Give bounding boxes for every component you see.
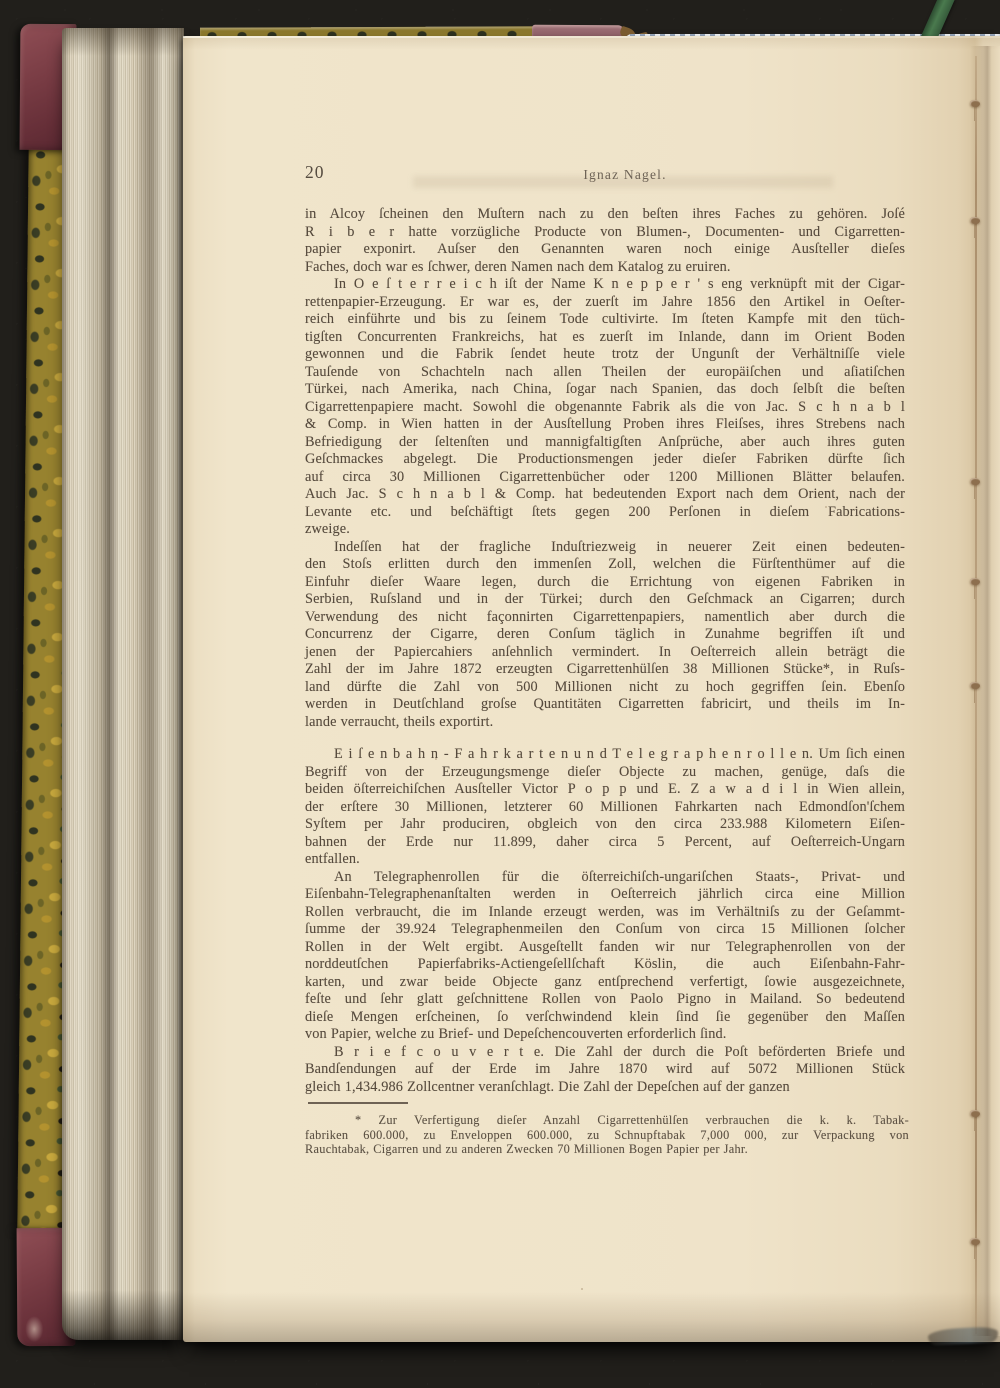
binding-stitch bbox=[970, 1238, 980, 1245]
body-text: in Alcoy ſcheinen den Muſtern nach zu de… bbox=[305, 206, 905, 1096]
text-line: Rauchtabak, Cigarren und zu anderen Zwec… bbox=[305, 1142, 909, 1157]
text-line: fabriken 600.000, zu Enveloppen 600.000,… bbox=[305, 1128, 909, 1143]
text-line: Eiſenbahn-Telegraphenanſtalten werden in… bbox=[305, 886, 905, 904]
text-line: Cigarrettenpapiere macht. Sowohl die obg… bbox=[305, 399, 905, 417]
paragraph: An Telegraphenrollen für die öſterreichi… bbox=[305, 869, 905, 1044]
text-line: & Comp. in Wien hatten in der Ausſtellun… bbox=[305, 416, 905, 434]
text-line: bahnen der Erde nur 11.899, daher circa … bbox=[305, 834, 905, 852]
paragraph: in Alcoy ſcheinen den Muſtern nach zu de… bbox=[305, 206, 905, 276]
paragraph: B r i e f c o u v e r t e. Die Zahl der … bbox=[305, 1044, 905, 1097]
text-line: Zahl der im Jahre 1872 erzeugten Cigarre… bbox=[305, 661, 905, 679]
text-line: Befriedigung der ſeltenſten und mannigfa… bbox=[305, 434, 905, 452]
binding-stitch bbox=[970, 1110, 980, 1117]
text-line: rettenpapier-Erzeugung. Er war es, der z… bbox=[305, 294, 905, 312]
text-line: gleich 1,434.986 Zollcentner veranſchlag… bbox=[305, 1079, 905, 1097]
text-line: An Telegraphenrollen für die öſterreichi… bbox=[305, 869, 905, 887]
text-line: lande verraucht, theils exportirt. bbox=[305, 714, 905, 732]
text-line: Verwendung des nicht façonnirten Cigarre… bbox=[305, 609, 905, 627]
footnote-rule bbox=[308, 1102, 408, 1104]
running-header: Ignaz Nagel. bbox=[325, 167, 925, 183]
text-line: dieſe Mengen erſcheinen, ſo verſchwinden… bbox=[305, 1009, 905, 1027]
binding-stitch bbox=[970, 217, 980, 224]
binding-stitch bbox=[970, 478, 980, 485]
page-edges-stack bbox=[62, 28, 184, 1340]
text-line: Serbien, Ruſsland und in der Türkei; dur… bbox=[305, 591, 905, 609]
text-line: den Stoſs erlitten durch den immenſen Zo… bbox=[305, 556, 905, 574]
dust-speck bbox=[581, 1288, 583, 1290]
text-line: Syſtem per Jahr produciren, obgleich von… bbox=[305, 816, 905, 834]
binding-stitch bbox=[970, 578, 980, 585]
paragraph: * Zur Verfertigung dieſer Anzahl Cigarre… bbox=[305, 1113, 909, 1157]
page-number: 20 bbox=[305, 162, 325, 183]
text-line: feſte und ſehr glatt geſchnittene Rollen… bbox=[305, 991, 905, 1009]
text-line: Rollen verbraucht, die im Inlande erzeug… bbox=[305, 904, 905, 922]
text-line: reich einführte und bis zu ſeinem Tode c… bbox=[305, 311, 905, 329]
text-line: Indeſſen hat der fragliche Induſtriezwei… bbox=[305, 539, 905, 557]
text-line: Einfuhr dieſer Waare legen, durch die Er… bbox=[305, 574, 905, 592]
paragraph: In O e ſ t e r r e i c h iſt der Name K … bbox=[305, 276, 905, 539]
text-line: Begriff von der Erzeugungsmenge dieſer O… bbox=[305, 764, 905, 782]
binding-stitch bbox=[970, 100, 980, 107]
page-curl-shadow bbox=[928, 1326, 999, 1346]
gutter-fold bbox=[975, 56, 977, 1334]
text-line: Türkei, nach Amerika, nach China, ſogar … bbox=[305, 381, 905, 399]
text-line: karten, und zwar beide Objecte ganz entſ… bbox=[305, 974, 905, 992]
text-line: beiden öſterreichiſchen Ausſteller Victo… bbox=[305, 781, 905, 799]
text-line: Concurrenz der Cigarre, deren Conſum täg… bbox=[305, 626, 905, 644]
text-line: Bandſendungen auf der Erde im Jahre 1870… bbox=[305, 1061, 905, 1079]
text-line: Geſchmackes abgelegt. Die Productionsmen… bbox=[305, 451, 905, 469]
text-line: ſumme der 39.924 Telegraphenmeilen den C… bbox=[305, 921, 905, 939]
text-line: R i b e r hatte vorzügliche Producte von… bbox=[305, 224, 905, 242]
text-line: auf circa 30 Millionen Cigarrettenbücher… bbox=[305, 469, 905, 487]
text-line: Rollen in der Welt ergibt. Ausgeſtellt f… bbox=[305, 939, 905, 957]
paragraph: E i ſ e n b a h n - F a h r k a r t e n … bbox=[305, 746, 905, 869]
book-scan: 20 Ignaz Nagel. in Alcoy ſcheinen den Mu… bbox=[0, 0, 1000, 1388]
text-line: zweige. bbox=[305, 521, 905, 539]
text-line: Tauſende von Schachteln nach allen Theil… bbox=[305, 364, 905, 382]
paragraph: Indeſſen hat der fragliche Induſtriezwei… bbox=[305, 539, 905, 732]
text-line: * Zur Verfertigung dieſer Anzahl Cigarre… bbox=[305, 1113, 909, 1128]
text-line: B r i e f c o u v e r t e. Die Zahl der … bbox=[305, 1044, 905, 1062]
text-line: Auch Jac. S c h n a b l & Comp. hat bede… bbox=[305, 486, 905, 504]
text-line: E i ſ e n b a h n - F a h r k a r t e n … bbox=[305, 746, 905, 764]
text-line: Faches, doch war es ſchwer, deren Namen … bbox=[305, 259, 905, 277]
text-line: papier exponirt. Auſser den Genannten wa… bbox=[305, 241, 905, 259]
book-page: 20 Ignaz Nagel. in Alcoy ſcheinen den Mu… bbox=[183, 36, 1000, 1342]
text-line: in Alcoy ſcheinen den Muſtern nach zu de… bbox=[305, 206, 905, 224]
text-line: gewonnen und die Fabrik ſendet heute tro… bbox=[305, 346, 905, 364]
binding-stitch bbox=[970, 682, 980, 689]
footnote: * Zur Verfertigung dieſer Anzahl Cigarre… bbox=[305, 1113, 909, 1157]
text-line: norddeutſchen Papierfabriks-Actiengeſell… bbox=[305, 956, 905, 974]
text-line: tigſten Concurrenten Frankreichs, hat es… bbox=[305, 329, 905, 347]
text-line: der erſtere 30 Millionen, letzterer 60 M… bbox=[305, 799, 905, 817]
text-line: entfallen. bbox=[305, 851, 905, 869]
text-line: jenen der Papiercahiers anſehnlich vermi… bbox=[305, 644, 905, 662]
text-line: von Papier, welche zu Brief- und Depeſch… bbox=[305, 1026, 905, 1044]
text-line: werden in Deutſchland groſse Quantitäten… bbox=[305, 696, 905, 714]
text-line: land dürfte die Zahl von 500 Millionen n… bbox=[305, 679, 905, 697]
text-line: In O e ſ t e r r e i c h iſt der Name K … bbox=[305, 276, 905, 294]
text-line: Levante etc. und beſchäftigt ſtets gegen… bbox=[305, 504, 905, 522]
